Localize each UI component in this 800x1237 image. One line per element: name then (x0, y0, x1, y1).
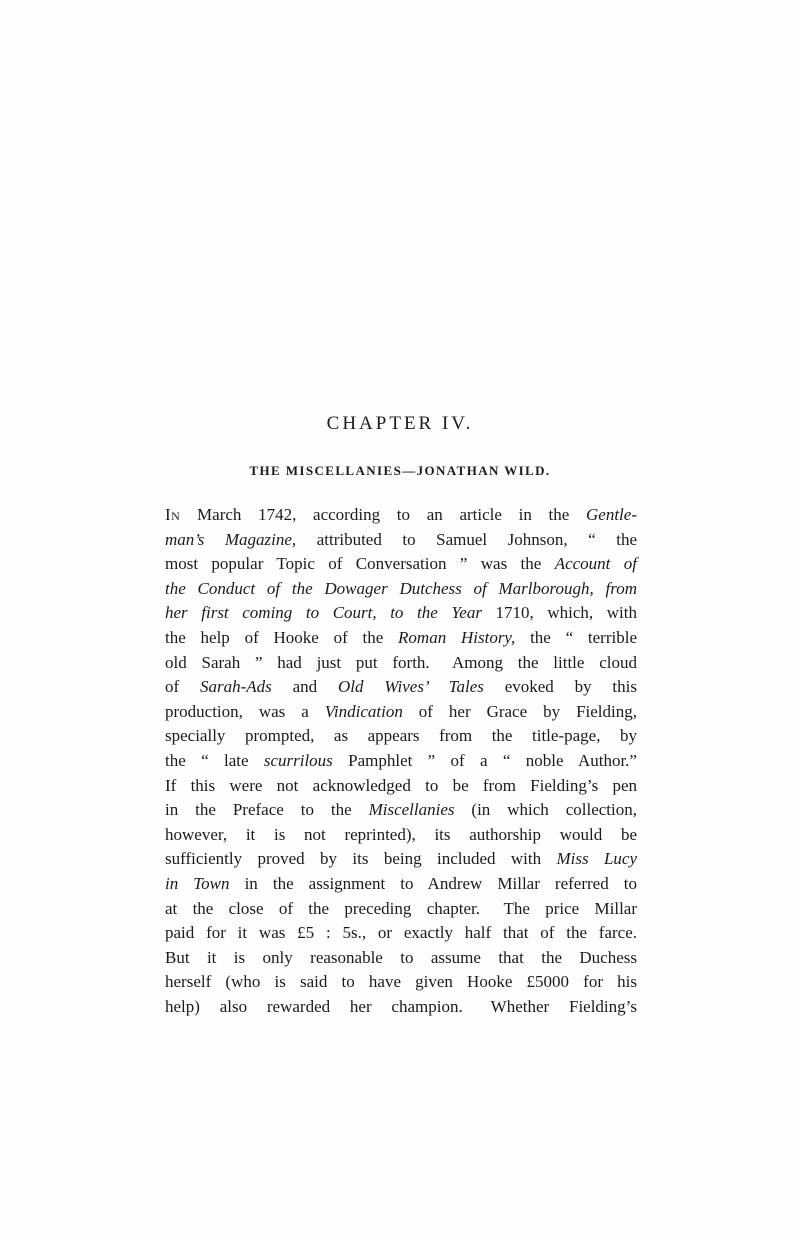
book-page: CHAPTER IV. THE MISCELLANIES—JONATHAN WI… (0, 0, 800, 1237)
text-line: production, was a Vindication of her Gra… (165, 700, 637, 725)
text-line: If this were not acknowledged to be from… (165, 774, 637, 799)
text-line: sufficiently proved by its being include… (165, 847, 637, 872)
italic-text-run: Vindication (325, 702, 403, 721)
text-line: herself (who is said to have given Hooke… (165, 970, 637, 995)
text-line: most popular Topic of Conversation ” was… (165, 552, 637, 577)
text-run: help) also rewarded her champion. Whethe… (165, 997, 637, 1016)
italic-text-run: the Conduct of the Dowager Dutchess of M… (165, 579, 637, 598)
text-line: the Conduct of the Dowager Dutchess of M… (165, 577, 637, 602)
text-line: paid for it was £5 : 5s., or exactly hal… (165, 921, 637, 946)
text-run: sufficiently proved by its being include… (165, 849, 556, 868)
text-line: of Sarah-Ads and Old Wives’ Tales evoked… (165, 675, 637, 700)
text-run: March 1742, according to an article in t… (180, 505, 586, 524)
text-run: Pamphlet ” of a “ noble Author.” (333, 751, 637, 770)
text-line: specially prompted, as appears from the … (165, 724, 637, 749)
text-line: however, it is not reprinted), its autho… (165, 823, 637, 848)
text-line: her first coming to Court, to the Year 1… (165, 601, 637, 626)
text-line: But it is only reasonable to assume that… (165, 946, 637, 971)
text-run: the “ terrible (515, 628, 637, 647)
text-run: 1710, which, with (482, 603, 637, 622)
text-line: the “ late scurrilous Pamphlet ” of a “ … (165, 749, 637, 774)
chapter-paragraph: In March 1742, according to an article i… (165, 503, 637, 1019)
italic-text-run: Roman History, (398, 628, 515, 647)
italic-text-run: in Town (165, 874, 230, 893)
text-line: man’s Magazine, attributed to Samuel Joh… (165, 528, 637, 553)
italic-text-run: Gentle- (586, 505, 637, 524)
text-line: help) also rewarded her champion. Whethe… (165, 995, 637, 1020)
text-run: In (165, 505, 180, 524)
text-run: If this were not acknowledged to be from… (165, 776, 637, 795)
text-line: in the Preface to the Miscellanies (in w… (165, 798, 637, 823)
text-line: in Town in the assignment to Andrew Mill… (165, 872, 637, 897)
italic-text-run: Miscellanies (369, 800, 455, 819)
text-run: of (165, 677, 200, 696)
italic-text-run: Account of (555, 554, 637, 573)
text-run: in the assignment to Andrew Millar refer… (230, 874, 637, 893)
text-line: In March 1742, according to an article i… (165, 503, 637, 528)
text-run: herself (who is said to have given Hooke… (165, 972, 637, 991)
text-run: old Sarah ” had just put forth. Among th… (165, 653, 637, 672)
italic-text-run: Sarah-Ads (200, 677, 272, 696)
italic-text-run: her first coming to Court, to the Year (165, 603, 482, 622)
chapter-heading: CHAPTER IV. (0, 414, 800, 435)
text-run: specially prompted, as appears from the … (165, 726, 637, 745)
text-run: paid for it was £5 : 5s., or exactly hal… (165, 923, 637, 942)
text-run: evoked by this (484, 677, 637, 696)
text-run: and (272, 677, 338, 696)
text-run: however, it is not reprinted), its autho… (165, 825, 637, 844)
text-run: production, was a (165, 702, 325, 721)
text-line: old Sarah ” had just put forth. Among th… (165, 651, 637, 676)
text-run: most popular Topic of Conversation ” was… (165, 554, 555, 573)
chapter-subtitle: THE MISCELLANIES—JONATHAN WILD. (0, 464, 800, 478)
text-run: of her Grace by Fielding, (403, 702, 637, 721)
text-run: in the Preface to the (165, 800, 369, 819)
text-run: But it is only reasonable to assume that… (165, 948, 637, 967)
text-run: attributed to Samuel Johnson, “ the (296, 530, 637, 549)
text-run: at the close of the preceding chapter. T… (165, 899, 637, 918)
text-run: the help of Hooke of the (165, 628, 398, 647)
italic-text-run: scurrilous (264, 751, 333, 770)
text-run: the “ late (165, 751, 264, 770)
italic-text-run: Old Wives’ Tales (338, 677, 484, 696)
text-line: at the close of the preceding chapter. T… (165, 897, 637, 922)
italic-text-run: Miss Lucy (556, 849, 637, 868)
italic-text-run: man’s Magazine, (165, 530, 296, 549)
text-line: the help of Hooke of the Roman History, … (165, 626, 637, 651)
text-run: (in which collection, (455, 800, 638, 819)
